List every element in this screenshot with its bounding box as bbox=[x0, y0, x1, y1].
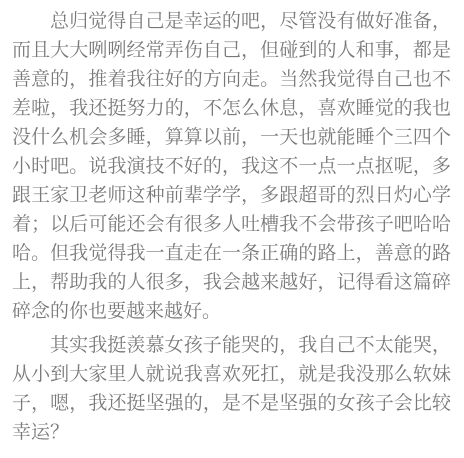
paragraph-2: 其实我挺羡慕女孩子能哭的，我自己不太能哭，从小到大家里人就说我喜欢死扛，就是我没… bbox=[12, 331, 451, 447]
text-body: 总归觉得自己是幸运的吧，尽管没有做好准备，而且大大咧咧经常弄伤自己，但碰到的人和… bbox=[0, 0, 464, 447]
paragraph-1: 总归觉得自己是幸运的吧，尽管没有做好准备，而且大大咧咧经常弄伤自己，但碰到的人和… bbox=[12, 7, 451, 326]
